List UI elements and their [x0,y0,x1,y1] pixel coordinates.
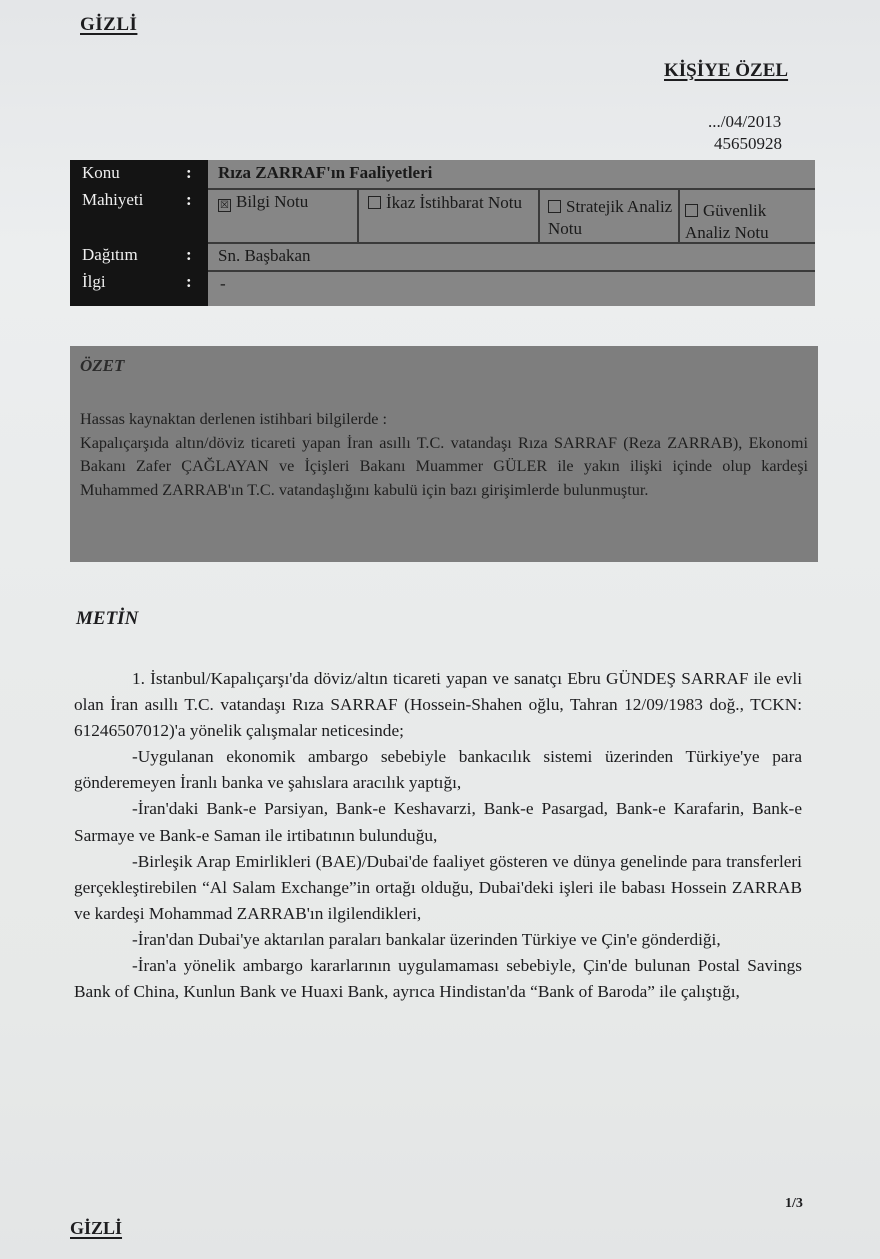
document-number: 45650928 [714,134,782,154]
option-ikaz-istihbarat-notu: İkaz İstihbarat Notu [368,192,538,214]
paragraph: -Birleşik Arap Emirlikleri (BAE)/Dubai'd… [74,849,802,927]
classification-label-bottom: GİZLİ [70,1218,122,1239]
checkbox-checked-icon: ☒ [218,199,231,212]
sep: : [186,190,192,210]
checkbox-empty-icon [685,204,698,217]
label-mahiyeti: Mahiyeti [82,190,143,210]
paragraph: -İran'a yönelik ambargo kararlarının uyg… [74,953,802,1005]
paragraph: -İran'daki Bank-e Parsiyan, Bank-e Kesha… [74,796,802,848]
paragraph: -Uygulanan ekonomik ambargo sebebiyle ba… [74,744,802,796]
summary-box: ÖZET Hassas kaynaktan derlenen istihbari… [70,346,818,562]
sep: : [186,163,192,183]
summary-body: Hassas kaynaktan derlenen istihbari bilg… [80,408,808,502]
body-title: METİN [76,608,138,630]
info-table-labels: Konu : Mahiyeti : Dağıtım : İlgi : [70,160,208,306]
checkbox-empty-icon [548,200,561,213]
checkbox-empty-icon [368,196,381,209]
info-table: Konu : Mahiyeti : Dağıtım : İlgi : Rıza … [70,160,815,306]
subject-value: Rıza ZARRAF'ın Faaliyetleri [218,163,432,183]
label-dagitim: Dağıtım [82,245,138,265]
option-stratejik-analiz-notu: Stratejik Analiz Notu [548,196,678,240]
label-ilgi: İlgi [82,272,106,292]
option-guvenlik-analiz-notu: Güvenlik Analiz Notu [685,200,810,244]
summary-intro: Hassas kaynaktan derlenen istihbari bilg… [80,408,808,432]
personal-marking: KİŞİYE ÖZEL [664,60,788,82]
summary-text: Kapalıçarşıda altın/döviz ticareti yapan… [80,432,808,503]
reference-value: - [220,274,226,294]
sep: : [186,245,192,265]
summary-title: ÖZET [80,356,124,376]
distribution-value: Sn. Başbakan [218,246,311,266]
label-konu: Konu [82,163,120,183]
sep: : [186,272,192,292]
paragraph: -İran'dan Dubai'ye aktarılan paraları ba… [74,927,802,953]
document-date: .../04/2013 [708,112,781,132]
body-text: 1. İstanbul/Kapalıçarşı'da döviz/altın t… [74,666,802,1005]
paragraph: 1. İstanbul/Kapalıçarşı'da döviz/altın t… [74,666,802,744]
option-bilgi-notu: ☒Bilgi Notu [218,192,308,212]
page-number: 1/3 [785,1196,803,1212]
classification-label-top: GİZLİ [80,14,137,36]
